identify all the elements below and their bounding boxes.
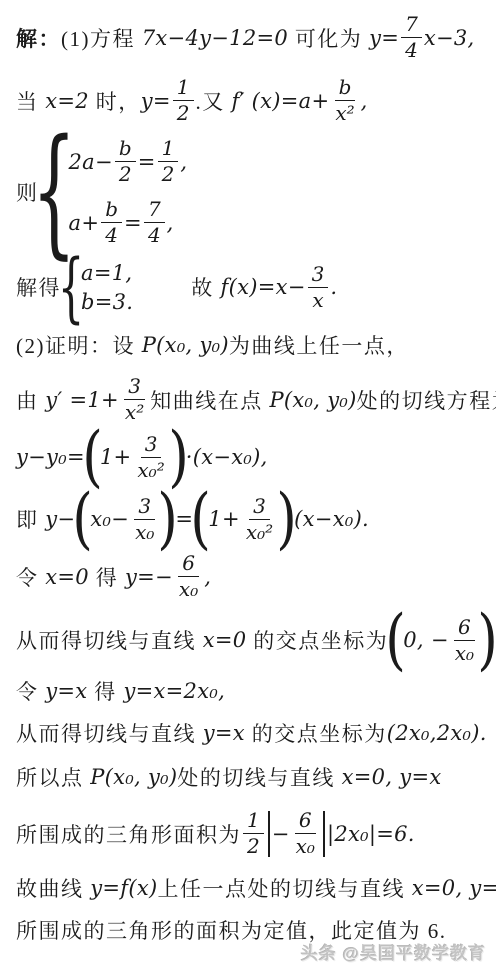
big-paren-right: ) bbox=[172, 431, 184, 483]
solution-line-1: 解：(1)方程 7x−4y−12=0 可化为 y=74x−3, bbox=[16, 14, 486, 61]
watermark: 头条 @吴国平数学教育 bbox=[301, 939, 486, 964]
fraction-denominator: x₀ bbox=[451, 641, 478, 664]
solution-line-12: 从而得切线与直线 y=x 的交点坐标为(2x₀,2x₀). bbox=[16, 718, 486, 748]
solution-line-2: 当 x=2 时，y=12.又 f′ (x)=a+bx², bbox=[16, 77, 486, 124]
text-run: 知曲线在点 bbox=[150, 385, 269, 415]
math-run: y=x bbox=[45, 679, 87, 703]
math-run: y=x=2x₀, bbox=[123, 679, 225, 703]
math-run: f′ (x)=a+ bbox=[232, 89, 330, 113]
math-run: y=x bbox=[203, 721, 245, 745]
fraction: 12 bbox=[243, 810, 264, 857]
solution-line-14: 所围成的三角形面积为12−6x₀|2x₀|=6. bbox=[16, 810, 486, 857]
fraction-numerator: 7 bbox=[401, 14, 422, 38]
math-run: y−y₀= bbox=[16, 445, 85, 469]
text-run: 故 bbox=[191, 272, 220, 302]
fraction: 12 bbox=[158, 138, 179, 185]
fraction-denominator: x bbox=[308, 288, 327, 311]
big-paren-left: ( bbox=[390, 614, 402, 666]
abs-bar bbox=[323, 811, 325, 857]
fraction: 6x₀ bbox=[292, 810, 319, 857]
big-paren-right: ) bbox=[162, 493, 174, 545]
solution-line-10: 从而得切线与直线 x=0 的交点坐标为(0, −6x₀). bbox=[16, 614, 486, 666]
text-run: 令 bbox=[16, 562, 45, 592]
math-run: x−3, bbox=[424, 26, 475, 50]
fraction: 6x₀ bbox=[175, 553, 202, 600]
system-equation-2: a+b4=74, bbox=[69, 199, 188, 246]
big-paren-right: ) bbox=[281, 493, 293, 545]
fraction-denominator: 2 bbox=[158, 162, 179, 185]
big-paren-left: ( bbox=[86, 431, 98, 483]
fraction-denominator: x₀ bbox=[175, 577, 202, 600]
fraction-denominator: 2 bbox=[243, 834, 264, 857]
text-run: 即 bbox=[16, 504, 45, 534]
math-run: x=0 bbox=[203, 628, 247, 652]
fraction: 3x₀ bbox=[131, 496, 158, 543]
text-run: 上任一点处的切线与直线 bbox=[158, 873, 412, 903]
fraction: b2 bbox=[115, 138, 136, 185]
fraction-numerator: 3 bbox=[249, 496, 270, 520]
math-run: 1+ bbox=[208, 507, 240, 531]
fraction: 74 bbox=[401, 14, 422, 61]
math-run: x=0, y=x bbox=[342, 765, 442, 789]
text-run: 解得 bbox=[16, 272, 61, 302]
fraction-numerator: 7 bbox=[144, 199, 165, 223]
text-run: 可化为 bbox=[288, 23, 369, 53]
fraction-numerator: 1 bbox=[173, 77, 194, 101]
math-run: x=2 bbox=[45, 89, 89, 113]
fraction: bx² bbox=[331, 77, 358, 124]
fraction-denominator: x₀ bbox=[131, 520, 158, 543]
fraction: 6x₀ bbox=[451, 617, 478, 664]
text-run: .又 bbox=[196, 86, 232, 116]
math-run: 7x−4y−12=0 bbox=[142, 26, 288, 50]
solution-line-4: 解得 { a=1, b=3. 故 f(x)=x−3x. bbox=[16, 258, 486, 316]
math-run: , bbox=[167, 211, 174, 235]
math-run: x₀− bbox=[90, 507, 129, 531]
math-run: . bbox=[330, 275, 337, 299]
system-equation-1: 2a−b2=12, bbox=[69, 138, 188, 185]
math-run: y− bbox=[45, 507, 75, 531]
math-run: y=f(x) bbox=[90, 876, 157, 900]
fraction-denominator: x₀² bbox=[133, 458, 168, 481]
text-run: 令 bbox=[16, 676, 45, 706]
fraction-numerator: b bbox=[101, 199, 122, 223]
text-run: 解： bbox=[16, 23, 61, 53]
math-run: − bbox=[272, 822, 290, 846]
math-run: a=1, bbox=[81, 261, 133, 285]
text-run: 处的切线方程为 bbox=[357, 385, 496, 415]
fraction: 3x₀² bbox=[133, 434, 168, 481]
solution-line-8: 即 y−(x₀−3x₀)=(1+3x₀²)(x−x₀). bbox=[16, 493, 486, 545]
math-run: y=− bbox=[125, 565, 173, 589]
fraction-numerator: 3 bbox=[141, 434, 162, 458]
text-run: 故曲线 bbox=[16, 873, 90, 903]
text-run: (2)证明：设 bbox=[16, 330, 142, 360]
fraction-numerator: 3 bbox=[134, 496, 155, 520]
solution-line-11: 令 y=x 得 y=x=2x₀, bbox=[16, 676, 486, 706]
solution-document: 解：(1)方程 7x−4y−12=0 可化为 y=74x−3, 当 x=2 时，… bbox=[0, 0, 496, 945]
math-run: = bbox=[138, 150, 156, 174]
solution-line-3-system: 则 { 2a−b2=12, a+b4=74, bbox=[16, 138, 486, 246]
fraction-denominator: x² bbox=[331, 101, 358, 124]
fraction: 3x bbox=[308, 264, 329, 311]
text-run: 所以点 bbox=[16, 762, 90, 792]
fraction-denominator: x₀² bbox=[242, 520, 277, 543]
math-run: = bbox=[124, 211, 142, 235]
solution-line-15: 故曲线 y=f(x)上任一点处的切线与直线 x=0, y=x bbox=[16, 873, 486, 903]
left-brace: { bbox=[66, 258, 77, 316]
fraction-numerator: 6 bbox=[454, 617, 475, 641]
math-run: ·(x−x₀), bbox=[186, 445, 268, 469]
math-run: y= bbox=[369, 26, 399, 50]
fraction-numerator: b bbox=[115, 138, 136, 162]
fraction: 74 bbox=[144, 199, 165, 246]
equation-system: 2a−b2=12, a+b4=74, bbox=[69, 138, 188, 246]
math-run: 0, − bbox=[403, 628, 449, 652]
text-run: 的交点坐标为 bbox=[245, 718, 387, 748]
text-run: 为曲线上任一点， bbox=[229, 330, 409, 360]
fraction-denominator: 4 bbox=[401, 38, 422, 61]
math-run: , bbox=[180, 150, 187, 174]
text-run: 从而得切线与直线 bbox=[16, 718, 203, 748]
fraction: 3x₀² bbox=[242, 496, 277, 543]
math-run: , bbox=[204, 565, 211, 589]
solution-line-7: y−y₀=(1+3x₀²)·(x−x₀), bbox=[16, 431, 486, 483]
fraction-denominator: 4 bbox=[144, 223, 165, 246]
math-run: b=3. bbox=[81, 290, 133, 314]
abs-bar bbox=[268, 811, 270, 857]
math-run: x=0, y=x bbox=[412, 876, 496, 900]
fraction-numerator: 1 bbox=[158, 138, 179, 162]
math-run: f(x)=x− bbox=[221, 275, 306, 299]
solution-line-6: 由 y′ =1+3x²知曲线在点 P(x₀, y₀)处的切线方程为 bbox=[16, 376, 486, 423]
fraction-denominator: 2 bbox=[173, 101, 194, 124]
fraction-numerator: 3 bbox=[308, 264, 329, 288]
text-run: 从而得切线与直线 bbox=[16, 625, 203, 655]
text-run: 处的切线与直线 bbox=[177, 762, 341, 792]
solution-values: a=1, b=3. bbox=[81, 261, 133, 314]
math-run: 1+ bbox=[100, 445, 132, 469]
fraction-numerator: 1 bbox=[243, 810, 264, 834]
math-run: P(x₀, y₀) bbox=[90, 765, 177, 789]
fraction-denominator: 4 bbox=[101, 223, 122, 246]
fraction-numerator: 6 bbox=[295, 810, 316, 834]
text-run: 得 bbox=[87, 676, 123, 706]
text-run: 时， bbox=[89, 86, 141, 116]
math-run: P(x₀, y₀) bbox=[269, 388, 356, 412]
fraction-denominator: x₀ bbox=[292, 834, 319, 857]
solution-line-5: (2)证明：设 P(x₀, y₀)为曲线上任一点， bbox=[16, 330, 486, 360]
solution-line-13: 所以点 P(x₀, y₀)处的切线与直线 x=0, y=x bbox=[16, 762, 486, 792]
text-run: 所围成的三角形面积为 bbox=[16, 819, 241, 849]
fraction-numerator: 3 bbox=[124, 376, 145, 400]
math-run: (x−x₀). bbox=[294, 507, 369, 531]
math-run: |2x₀|=6. bbox=[327, 822, 415, 846]
text-run: 得 bbox=[89, 562, 125, 592]
fraction: b4 bbox=[101, 199, 122, 246]
big-paren-right: ) bbox=[482, 614, 494, 666]
solution-line-9: 令 x=0 得 y=−6x₀, bbox=[16, 553, 486, 600]
fraction: 3x² bbox=[121, 376, 148, 423]
text-run: (1)方程 bbox=[61, 23, 142, 53]
math-run: , bbox=[361, 89, 368, 113]
big-paren-left: ( bbox=[195, 493, 207, 545]
math-run: x=0 bbox=[45, 565, 89, 589]
math-run: y′ =1+ bbox=[45, 388, 119, 412]
fraction-numerator: b bbox=[335, 77, 356, 101]
text-run: 由 bbox=[16, 385, 45, 415]
text-run: 的交点坐标为 bbox=[246, 625, 388, 655]
math-run: (2x₀,2x₀). bbox=[387, 721, 487, 745]
fraction: 12 bbox=[173, 77, 194, 124]
math-run: P(x₀, y₀) bbox=[142, 333, 229, 357]
left-brace: { bbox=[46, 140, 61, 244]
fraction-denominator: 2 bbox=[115, 162, 136, 185]
fraction-denominator: x² bbox=[121, 400, 148, 423]
math-run: y= bbox=[141, 89, 171, 113]
big-paren-left: ( bbox=[77, 493, 89, 545]
